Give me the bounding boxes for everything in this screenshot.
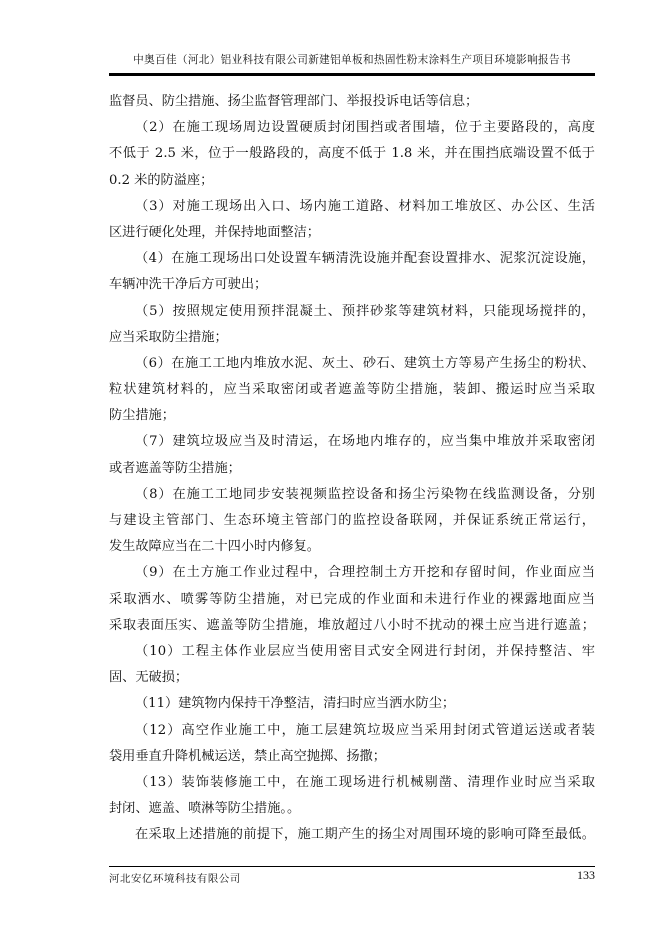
text-line: 防尘措施； xyxy=(109,403,595,429)
text-line: 发生故障应当在二十四小时内修复。 xyxy=(109,534,595,560)
text-line: 或者遮盖等防尘措施； xyxy=(109,456,595,482)
text-line: （7）建筑垃圾应当及时清运，在场地内堆存的，应当集中堆放并采取密闭 xyxy=(109,429,595,455)
header-rule xyxy=(109,73,595,76)
text-line: （2）在施工现场周边设置硬质封闭围挡或者围墙，位于主要路段的，高度 xyxy=(109,115,595,141)
document-body: 监督员、防尘措施、扬尘监督管理部门、举报投诉电话等信息；（2）在施工现场周边设置… xyxy=(109,89,595,848)
page-number: 133 xyxy=(560,868,595,883)
text-line: （13）装饰装修施工中，在施工现场进行机械剔凿、清理作业时应当采取 xyxy=(109,770,595,796)
text-line: 袋用垂直升降机械运送，禁止高空抛掷、扬撒； xyxy=(109,744,595,770)
text-line: （6）在施工工地内堆放水泥、灰土、砂石、建筑土方等易产生扬尘的粉状、 xyxy=(109,351,595,377)
text-line: 与建设主管部门、生态环境主管部门的监控设备联网，并保证系统正常运行， xyxy=(109,508,595,534)
text-line: 采取表面压实、遮盖等防尘措施，堆放超过八小时不扰动的裸土应当进行遮盖； xyxy=(109,613,595,639)
text-line: （11）建筑物内保持干净整洁，清扫时应当洒水防尘； xyxy=(109,691,595,717)
text-line: 在采取上述措施的前提下，施工期产生的扬尘对周围环境的影响可降至最低。 xyxy=(109,822,595,848)
text-line: 0.2 米的防溢座； xyxy=(109,168,595,194)
text-line: （12）高空作业施工中，施工层建筑垃圾应当采用封闭式管道运送或者装 xyxy=(109,718,595,744)
text-line: （3）对施工现场出入口、场内施工道路、材料加工堆放区、办公区、生活 xyxy=(109,194,595,220)
text-line: 不低于 2.5 米，位于一般路段的，高度不低于 1.8 米，并在围挡底端设置不低… xyxy=(109,141,595,167)
text-line: 固、无破损； xyxy=(109,665,595,691)
text-line: （9）在土方施工作业过程中，合理控制土方开挖和存留时间，作业面应当 xyxy=(109,560,595,586)
footer-company: 河北安亿环境科技有限公司 xyxy=(109,870,241,885)
text-line: 采取洒水、喷雾等防尘措施，对已完成的作业面和未进行作业的裸露地面应当 xyxy=(109,587,595,613)
text-line: （5）按照规定使用预拌混凝土、预拌砂浆等建筑材料，只能现场搅拌的， xyxy=(109,299,595,325)
text-line: 区进行硬化处理，并保持地面整洁； xyxy=(109,220,595,246)
text-line: 应当采取防尘措施； xyxy=(109,325,595,351)
text-line: （8）在施工工地同步安装视频监控设备和扬尘污染物在线监测设备，分别 xyxy=(109,482,595,508)
text-line: 车辆冲洗干净后方可驶出； xyxy=(109,272,595,298)
text-line: 粒状建筑材料的，应当采取密闭或者遮盖等防尘措施，装卸、搬运时应当采取 xyxy=(109,377,595,403)
page-header-title: 中奥百佳（河北）铝业科技有限公司新建铝单板和热固性粉末涂料生产项目环境影响报告书 xyxy=(109,52,595,67)
text-line: （4）在施工现场出口处设置车辆清洗设施并配套设置排水、泥浆沉淀设施， xyxy=(109,246,595,272)
text-line: （10）工程主体作业层应当使用密目式安全网进行封闭，并保持整洁、牢 xyxy=(109,639,595,665)
text-line: 监督员、防尘措施、扬尘监督管理部门、举报投诉电话等信息； xyxy=(109,89,595,115)
footer-rule xyxy=(109,866,595,867)
text-line: 封闭、遮盖、喷淋等防尘措施。。 xyxy=(109,796,595,822)
